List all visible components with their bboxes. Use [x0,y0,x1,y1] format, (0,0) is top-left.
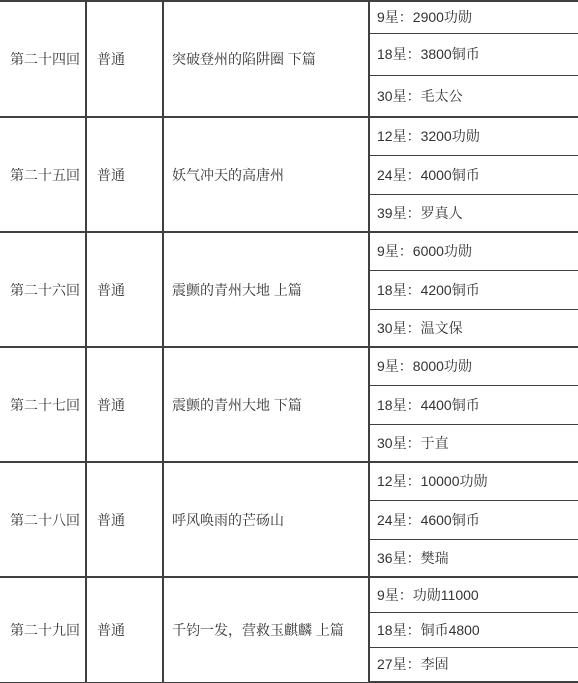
difficulty-cell: 普通 [86,232,163,347]
table-row: 第二十八回普通呼风唤雨的芒砀山12星：10000功勋 [0,462,578,500]
stage-cell: 千钧一发，营救玉麒麟 上篇 [163,577,369,682]
difficulty-cell: 普通 [86,577,163,682]
reward-cell: 18星：4400铜币 [369,385,578,424]
reward-cell: 9星：8000功勋 [369,347,578,385]
table-row: 第二十四回普通突破登州的陷阱圈 下篇9星：2900功勋 [0,1,578,33]
difficulty-cell: 普通 [86,117,163,232]
reward-cell: 36星：樊瑞 [369,539,578,577]
chapter-cell: 第二十四回 [0,1,86,117]
reward-cell: 27星：李固 [369,647,578,682]
reward-cell: 30星：于直 [369,424,578,462]
reward-cell: 18星：铜币4800 [369,612,578,647]
reward-cell: 24星：4600铜币 [369,500,578,539]
table-row: 第二十五回普通妖气冲天的高唐州12星：3200功勋 [0,117,578,155]
chapter-cell: 第二十九回 [0,577,86,682]
reward-cell: 30星：温文保 [369,309,578,347]
chapter-cell: 第二十五回 [0,117,86,232]
reward-cell: 24星：4000铜币 [369,155,578,194]
chapter-cell: 第二十八回 [0,462,86,577]
reward-cell: 18星：3800铜币 [369,33,578,75]
table-row: 第二十六回普通震颤的青州大地 上篇9星：6000功勋 [0,232,578,270]
difficulty-cell: 普通 [86,462,163,577]
reward-cell: 9星：2900功勋 [369,1,578,33]
stage-cell: 呼风唤雨的芒砀山 [163,462,369,577]
reward-cell: 9星：功勋11000 [369,577,578,612]
table-row: 第二十九回普通千钧一发，营救玉麒麟 上篇9星：功勋11000 [0,577,578,612]
chapter-table-body: 第二十四回普通突破登州的陷阱圈 下篇9星：2900功勋18星：3800铜币30星… [0,1,578,682]
stage-cell: 突破登州的陷阱圈 下篇 [163,1,369,117]
chapter-cell: 第二十六回 [0,232,86,347]
reward-cell: 12星：10000功勋 [369,462,578,500]
table-row: 第二十七回普通震颤的青州大地 下篇9星：8000功勋 [0,347,578,385]
chapter-cell: 第二十七回 [0,347,86,462]
difficulty-cell: 普通 [86,347,163,462]
reward-cell: 18星：4200铜币 [369,270,578,309]
stage-cell: 震颤的青州大地 上篇 [163,232,369,347]
reward-cell: 12星：3200功勋 [369,117,578,155]
reward-cell: 30星：毛太公 [369,75,578,117]
reward-cell: 39星：罗真人 [369,194,578,232]
reward-cell: 9星：6000功勋 [369,232,578,270]
page-viewport: 第二十四回普通突破登州的陷阱圈 下篇9星：2900功勋18星：3800铜币30星… [0,0,578,683]
stage-cell: 震颤的青州大地 下篇 [163,347,369,462]
chapter-reward-table: 第二十四回普通突破登州的陷阱圈 下篇9星：2900功勋18星：3800铜币30星… [0,0,578,683]
difficulty-cell: 普通 [86,1,163,117]
stage-cell: 妖气冲天的高唐州 [163,117,369,232]
